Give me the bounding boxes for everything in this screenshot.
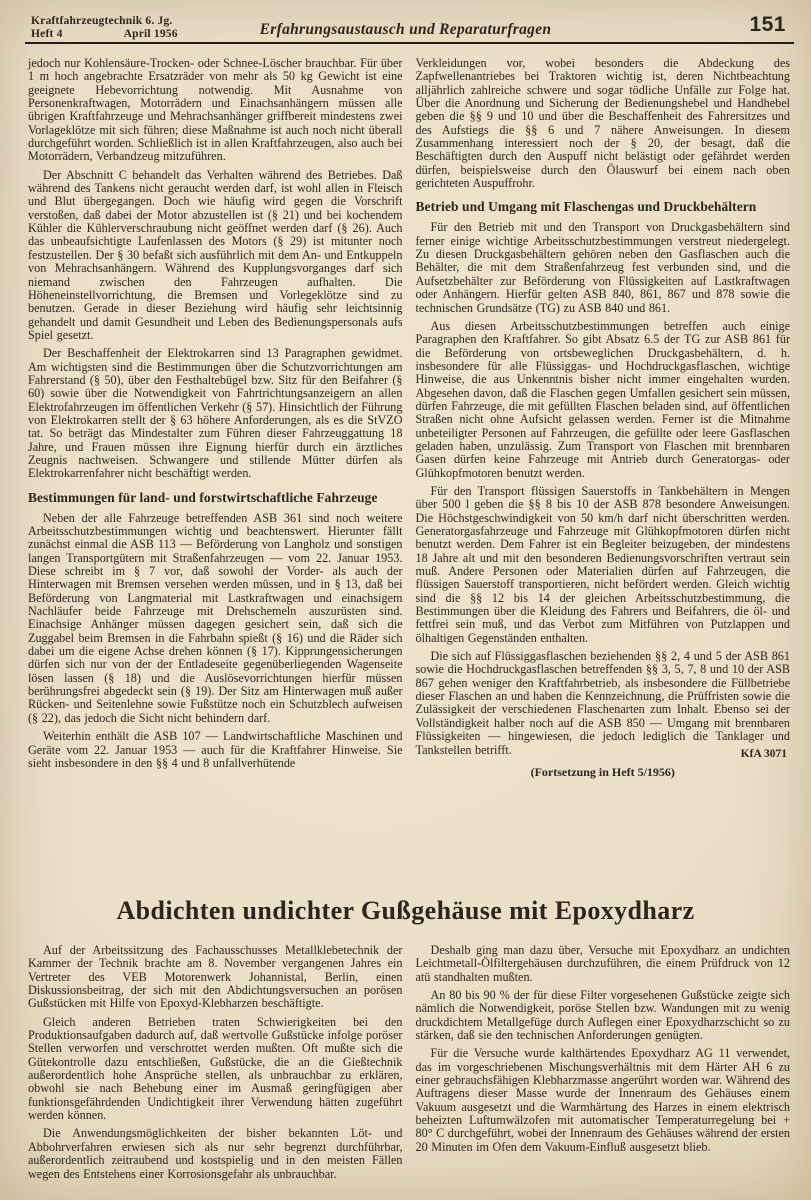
paragraph: Die sich auf Flüssiggasflaschen beziehen…	[416, 650, 791, 757]
paragraph: Für den Betrieb mit und den Transport vo…	[416, 221, 791, 314]
paragraph: Die Anwendungsmöglichkeiten der bisher b…	[28, 1127, 403, 1180]
article-safety-regulations: jedoch nur Kohlensäure-Trocken- oder Sch…	[28, 57, 790, 780]
paragraph: Verkleidungen vor, wobei besonders die A…	[416, 57, 791, 190]
paragraph: Aus diesen Arbeitsschutzbestimmungen bet…	[416, 320, 791, 480]
paragraph: Weiterhin enthält die ASB 107 — Landwirt…	[28, 730, 403, 770]
paragraph: Für den Transport flüssigen Sauerstoffs …	[416, 485, 791, 645]
paragraph: Gleich anderen Betrieben traten Schwieri…	[28, 1016, 403, 1123]
continuation-note: (Fortsetzung in Heft 5/1956)	[416, 765, 791, 780]
column-right: Verkleidungen vor, wobei besonders die A…	[416, 57, 791, 780]
paragraph: Für die Versuche wurde kalthärtendes Epo…	[416, 1047, 791, 1154]
column-right: Deshalb ging man dazu über, Versuche mit…	[416, 944, 791, 1186]
paragraph: Deshalb ging man dazu über, Versuche mit…	[416, 944, 791, 984]
running-head: Erfahrungsaustausch und Reparaturfragen	[0, 21, 811, 39]
paragraph: Der Beschaffenheit der Elektrokarren sin…	[28, 347, 403, 480]
magazine-page: Kraftfahrzeugtechnik 6. Jg. Heft 4 April…	[0, 0, 811, 1200]
paragraph: An 80 bis 90 % der für diese Filter vorg…	[416, 989, 791, 1042]
article2-title: Abdichten undichter Gußgehäuse mit Epoxy…	[0, 896, 811, 926]
column-left: jedoch nur Kohlensäure-Trocken- oder Sch…	[28, 57, 403, 780]
paragraph: jedoch nur Kohlensäure-Trocken- oder Sch…	[28, 57, 403, 164]
paragraph: Der Abschnitt C behandelt das Verhalten …	[28, 169, 403, 342]
column-left: Auf der Arbeitssitzung des Fachausschuss…	[28, 944, 403, 1186]
page-number: 151	[749, 13, 786, 37]
section-heading-gas: Betrieb und Umgang mit Flaschengas und D…	[416, 199, 791, 215]
article-epoxy-sealing: Auf der Arbeitssitzung des Fachausschuss…	[28, 944, 790, 1186]
header-rule	[25, 42, 794, 44]
section-heading-agriculture: Bestimmungen für land- und forstwirtscha…	[28, 490, 403, 506]
paragraph: Neben der alle Fahrzeuge betreffenden AS…	[28, 512, 403, 726]
paragraph: Auf der Arbeitssitzung des Fachausschuss…	[28, 944, 403, 1011]
